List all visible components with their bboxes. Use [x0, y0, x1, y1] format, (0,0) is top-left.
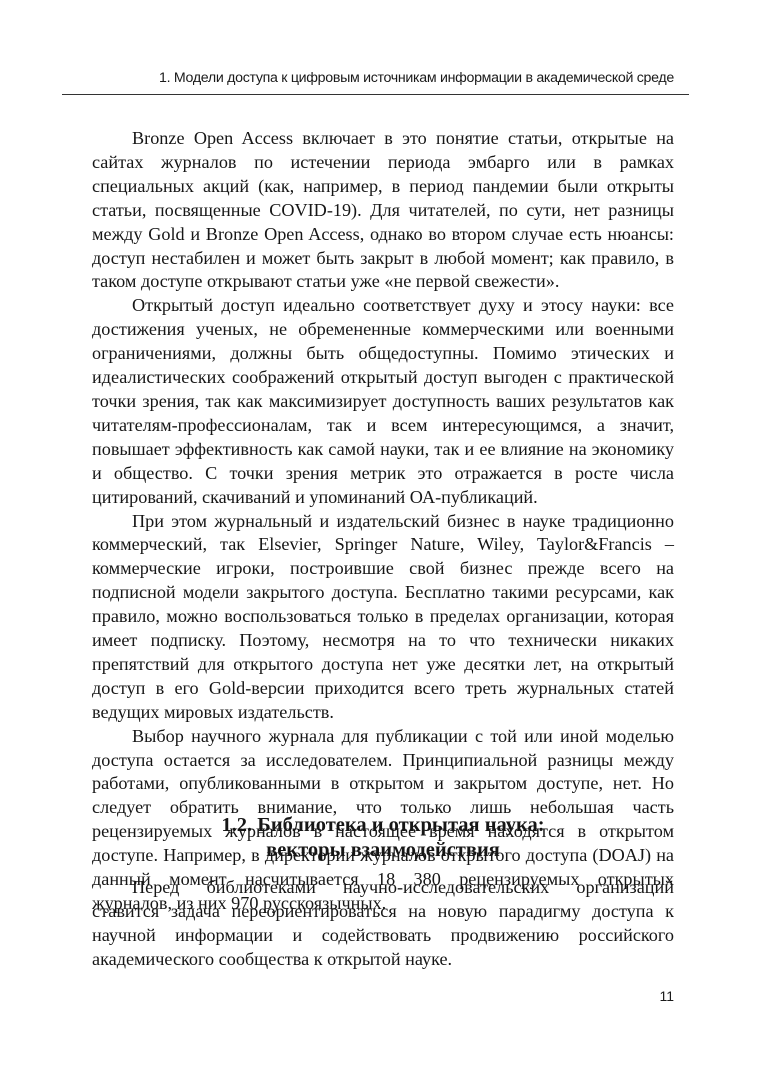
- page-number: 11: [650, 988, 674, 1004]
- paragraph: Открытый доступ идеально соответствует д…: [92, 294, 674, 509]
- paragraph: Перед библиотеками научно-исследовательс…: [92, 876, 674, 972]
- header-rule: [62, 94, 689, 95]
- section-heading-line: векторы взаимодействия: [92, 838, 674, 863]
- body-text: Bronze Open Access включает в это поняти…: [92, 127, 674, 916]
- paragraph: Bronze Open Access включает в это поняти…: [92, 127, 674, 294]
- section-heading: 1.2. Библиотека и открытая наука: вектор…: [92, 813, 674, 863]
- running-header: 1. Модели доступа к цифровым источникам …: [62, 70, 674, 86]
- paragraph: При этом журнальный и издательский бизне…: [92, 510, 674, 725]
- section-body-text: Перед библиотеками научно-исследовательс…: [92, 876, 674, 972]
- section-heading-line: 1.2. Библиотека и открытая наука:: [92, 813, 674, 838]
